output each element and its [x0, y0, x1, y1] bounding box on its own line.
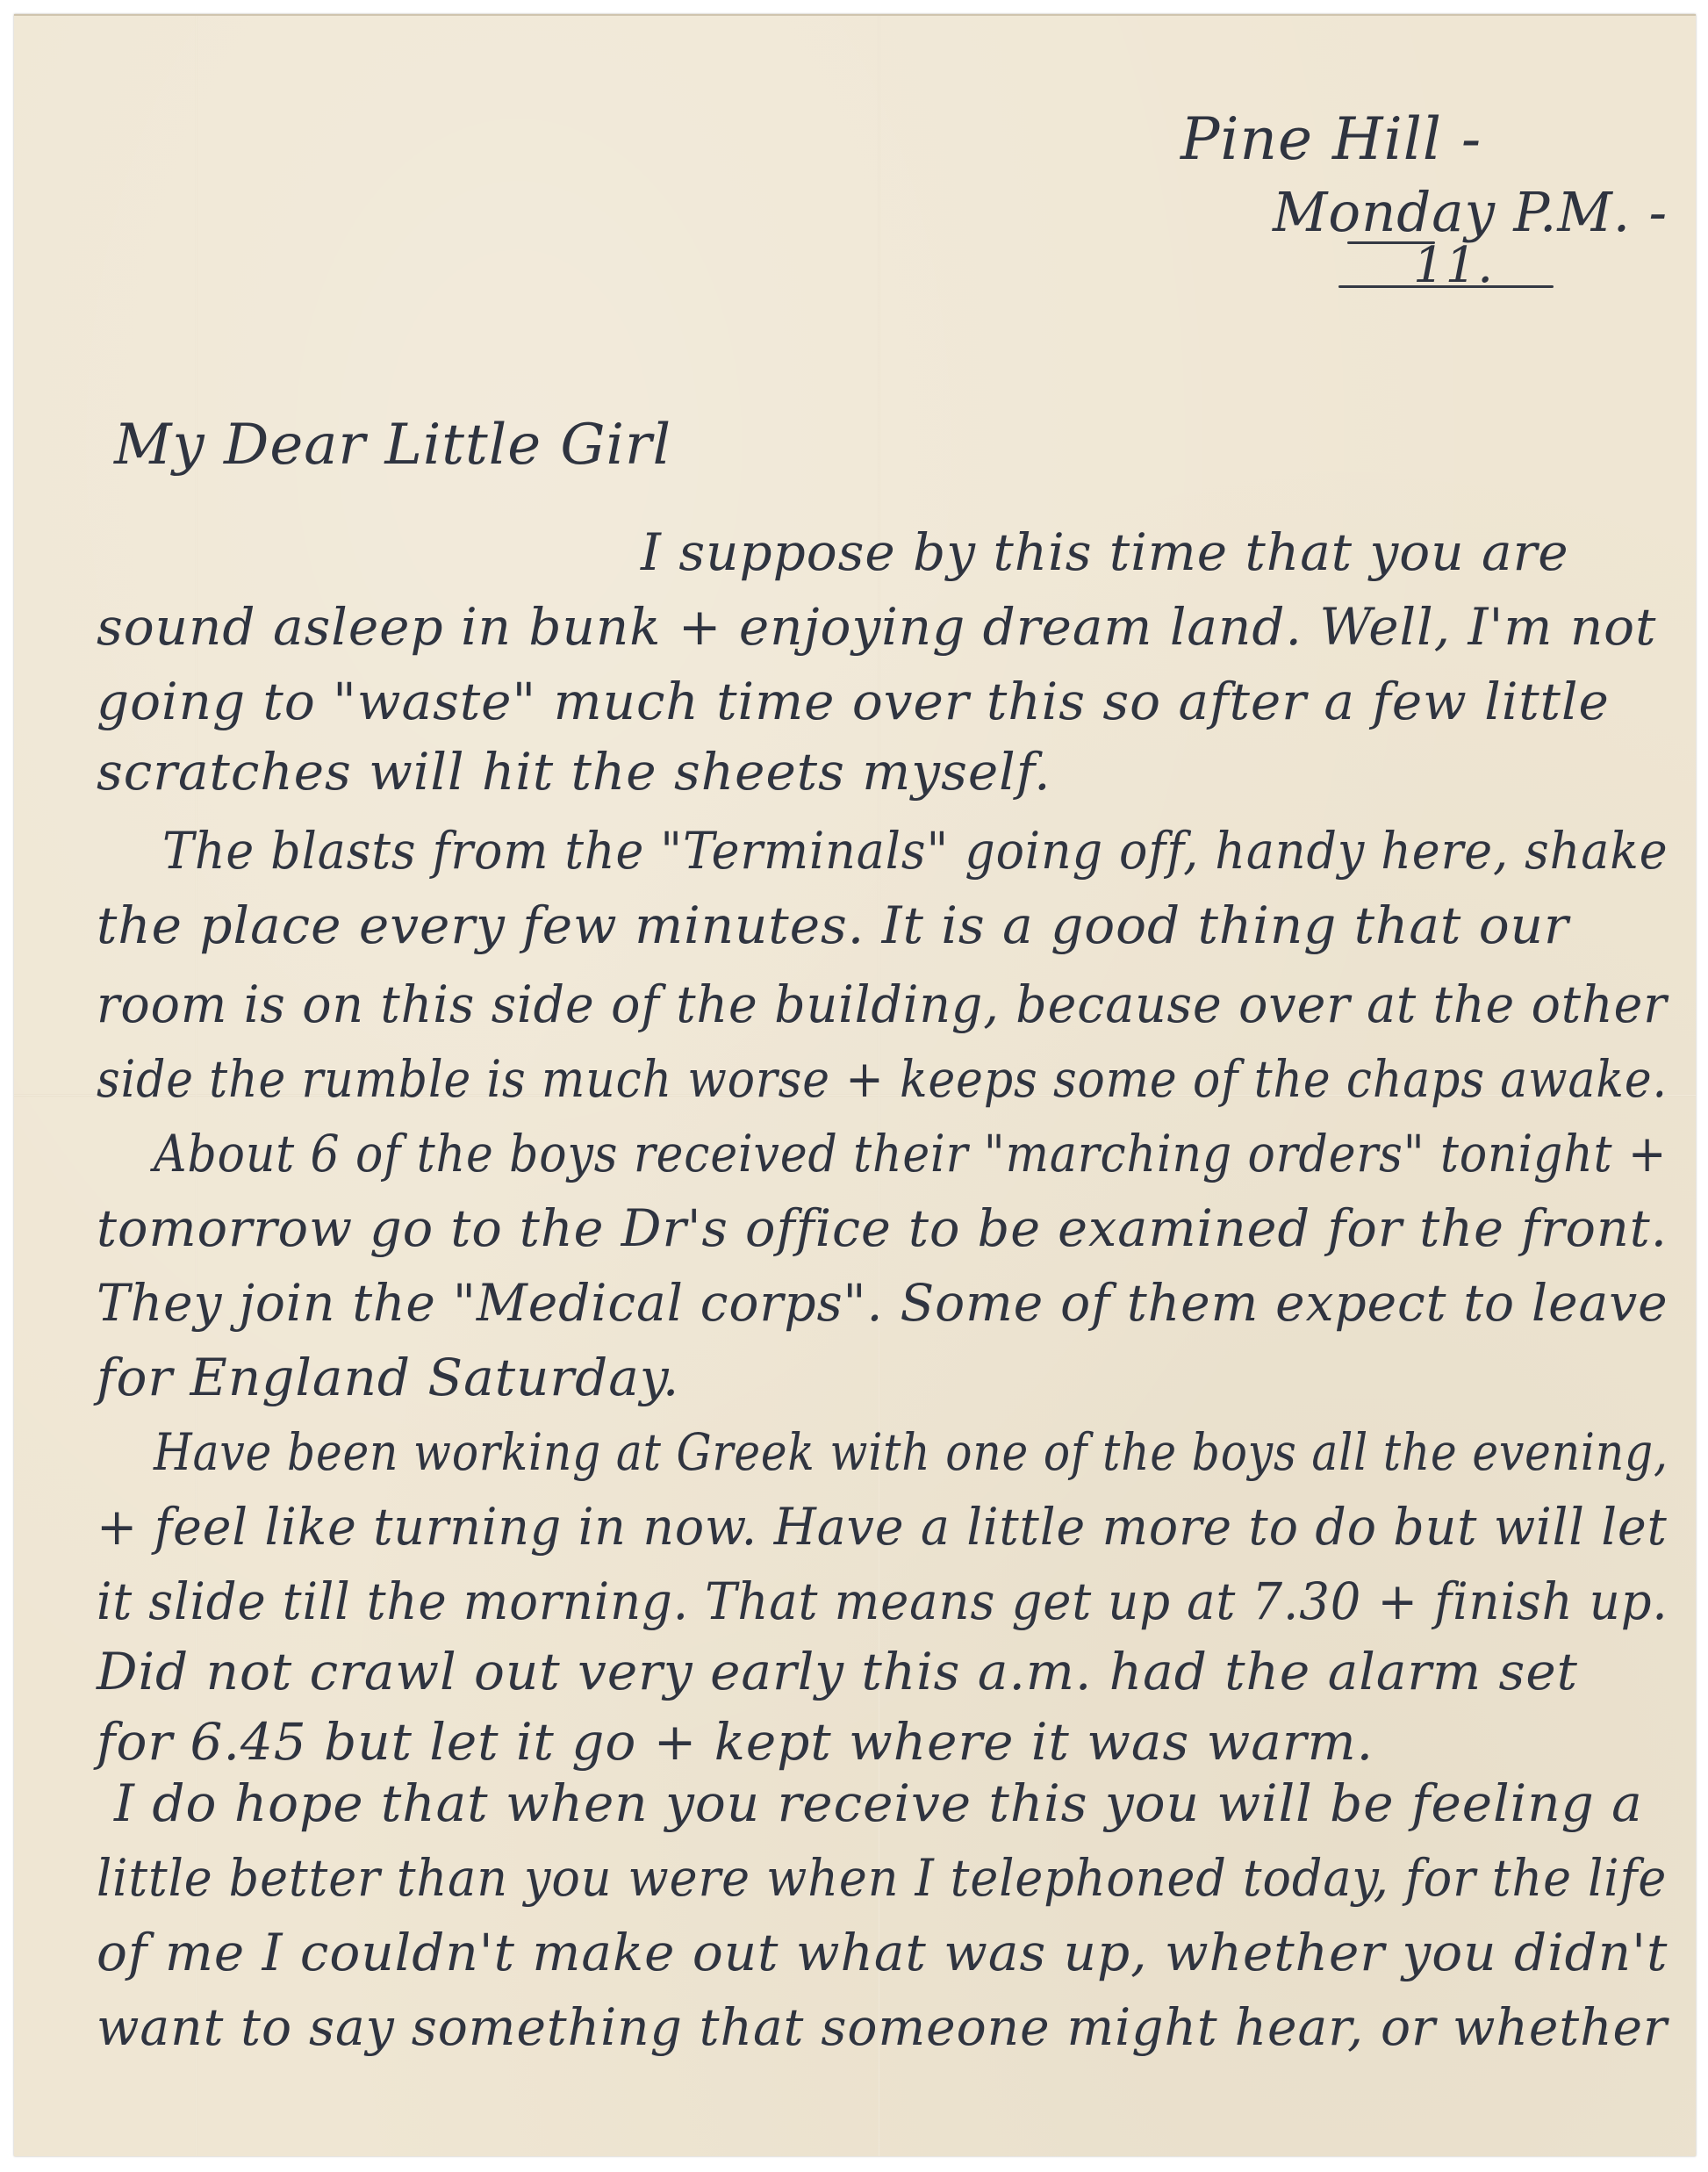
letter-line: Did not crawl out very early this a.m. h…	[97, 1642, 1578, 1701]
letter-place: Pine Hill -	[1181, 105, 1482, 173]
letter-line: About 6 of the boys received their "marc…	[154, 1124, 1667, 1183]
letter-line: want to say something that someone might…	[97, 1997, 1668, 2057]
letter-line: room is on this side of the building, be…	[97, 975, 1668, 1034]
letter-line: tomorrow go to the Dr's office to be exa…	[97, 1198, 1668, 1258]
letter-line: it slide till the morning. That means ge…	[97, 1571, 1669, 1631]
letter-line: + feel like turning in now. Have a littl…	[97, 1497, 1668, 1557]
letter-line: for England Saturday.	[97, 1348, 679, 1407]
letter-line: I suppose by this time that you are	[641, 522, 1569, 582]
letter-line: scratches will hit the sheets myself.	[97, 742, 1051, 802]
letter-line: for 6.45 but let it go + kept where it w…	[97, 1712, 1374, 1772]
date-rule	[1338, 285, 1554, 288]
letter-line: little better than you were when I telep…	[97, 1848, 1667, 1908]
letter-line: the place every few minutes. It is a goo…	[97, 895, 1569, 955]
letter-line: of me I couldn't make out what was up, w…	[97, 1923, 1668, 1982]
salutation: My Dear Little Girl	[114, 413, 671, 478]
letter-line: They join the "Medical corps". Some of t…	[97, 1273, 1669, 1333]
letter-day: Monday P.M. -	[1273, 180, 1668, 244]
letter-line: I do hope that when you receive this you…	[114, 1773, 1643, 1833]
letter-line: Have been working at Greek with one of t…	[154, 1422, 1669, 1482]
letter-line: side the rumble is much worse + keeps so…	[97, 1049, 1668, 1109]
letter-line: The blasts from the "Terminals" going of…	[162, 821, 1669, 881]
letter-line: sound asleep in bunk + enjoying dream la…	[97, 597, 1656, 657]
letter-line: going to "waste" much time over this so …	[97, 672, 1610, 731]
